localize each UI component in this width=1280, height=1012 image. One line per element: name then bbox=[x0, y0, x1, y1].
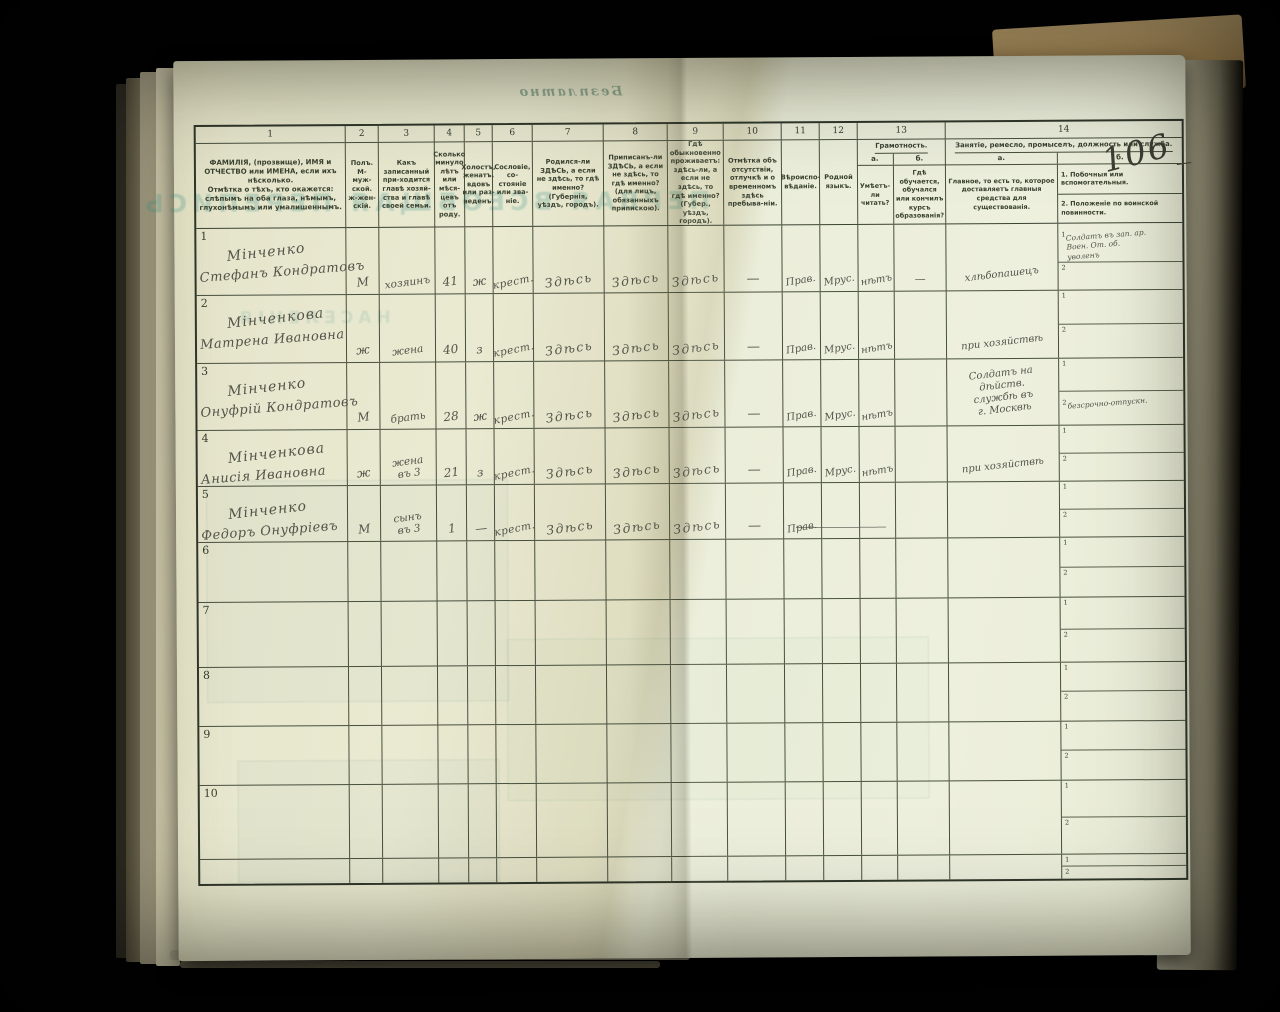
slot-number: 2 bbox=[1064, 752, 1068, 760]
cell-reg bbox=[606, 540, 670, 599]
lives-handwriting: Здѣсь bbox=[671, 269, 721, 290]
edu-handwriting: — bbox=[915, 273, 926, 286]
cell-abs: — bbox=[724, 225, 782, 291]
sex-handwriting: М bbox=[357, 409, 371, 424]
cell-sex bbox=[349, 602, 382, 666]
cell-name: 5МінченкоФедоръ Онуфріевъ bbox=[198, 486, 348, 542]
col-num-13: 13 bbox=[858, 122, 946, 139]
cell-estate: крест. bbox=[494, 362, 534, 428]
cell-born bbox=[536, 665, 607, 723]
slot-number: 1 bbox=[1063, 539, 1067, 547]
cell-relation: жена bbox=[380, 295, 436, 362]
cell-occ_b: 12 bbox=[1062, 780, 1186, 854]
cell-age: 41 bbox=[435, 227, 465, 293]
cell-born: Здѣсь bbox=[533, 226, 604, 292]
cell-religion: Прав. bbox=[782, 225, 820, 291]
marital-handwriting: з bbox=[476, 465, 484, 480]
cell-estate bbox=[496, 601, 536, 665]
cell-lives: Здѣсь bbox=[668, 226, 724, 292]
cell-estate: крест. bbox=[493, 227, 533, 293]
cell-occ_main bbox=[948, 482, 1060, 538]
occupation-side-slot-1: 1 bbox=[1061, 597, 1185, 630]
estate-handwriting: крест. bbox=[493, 519, 536, 539]
occupation-side-slot-1: 1 bbox=[1060, 425, 1184, 453]
cell-relation bbox=[381, 541, 437, 600]
age-handwriting: 40 bbox=[442, 342, 459, 358]
cell-read bbox=[862, 856, 898, 880]
givenname-handwriting: Федоръ Онуфріевъ bbox=[201, 518, 348, 544]
cell-lives bbox=[671, 600, 727, 664]
cell-religion bbox=[785, 723, 823, 781]
occupation-side-slot-2: 2 bbox=[1062, 816, 1186, 853]
cell-lives: Здѣсь bbox=[670, 428, 726, 483]
cell-edu bbox=[895, 359, 947, 425]
cell-born: Здѣсь bbox=[535, 428, 606, 483]
occupation-side-handwriting: Солдатъ въ зап. ар. Воен. От. об. уволен… bbox=[1065, 225, 1183, 262]
cell-occ_b: 12 bbox=[1061, 597, 1185, 662]
cell-born bbox=[537, 857, 608, 881]
cell-marital: — bbox=[467, 485, 495, 540]
cell-read bbox=[862, 782, 898, 855]
census-row-2: 2МінченковаМатрена Ивановнажжена40зкрест… bbox=[197, 290, 1183, 364]
cell-relation: хозяинъ bbox=[379, 228, 435, 294]
cell-sex: М bbox=[346, 228, 379, 294]
occ_main-handwriting: при хозяйствѣ bbox=[962, 456, 1045, 477]
read-handwriting: нѣтъ bbox=[861, 463, 894, 479]
cell-sex: М bbox=[347, 363, 380, 429]
cell-estate bbox=[496, 725, 536, 783]
occupation-side-slot-1: 1 bbox=[1061, 721, 1185, 751]
cell-religion bbox=[785, 664, 823, 722]
col-num-12: 12 bbox=[820, 123, 858, 139]
census-row-4: 4МінченковаАнисія Ивановнажжена въ 321зк… bbox=[198, 425, 1184, 487]
col-num-6: 6 bbox=[493, 125, 533, 141]
row-number: 1 bbox=[200, 230, 207, 243]
cell-marital: з bbox=[466, 294, 494, 361]
cell-marital bbox=[468, 725, 496, 783]
cell-reg: Здѣсь bbox=[605, 361, 669, 427]
cell-marital: ж bbox=[466, 362, 494, 428]
abs-handwriting: — bbox=[747, 272, 760, 287]
occupation-letter-a: а. bbox=[946, 153, 1058, 165]
row-number: 2 bbox=[201, 297, 208, 310]
census-row-3: 3МінченкоОнуфрій КондратовъМбрать28жкрес… bbox=[197, 358, 1183, 431]
occupation-side-handwriting: безсрочно-отпускн. bbox=[1067, 393, 1183, 411]
cell-occ_main bbox=[949, 663, 1061, 722]
cell-age bbox=[438, 666, 468, 724]
occupation-side-slot-1: 1Солдатъ въ зап. ар. Воен. От. об. уволе… bbox=[1058, 229, 1182, 263]
cell-name: 9 bbox=[199, 726, 349, 785]
cell-read: нѣтъ bbox=[859, 292, 895, 359]
abs-handwriting: — bbox=[748, 463, 761, 478]
cell-born bbox=[535, 540, 606, 599]
cell-reg: Здѣсь bbox=[605, 293, 669, 360]
census-form-page: Безплатно ПЕРВАЯ ВСЕОБЩАЯ ПЕРЕПИСЬ НАСЕЛ… bbox=[173, 55, 1190, 961]
cell-lives bbox=[671, 665, 727, 723]
cell-born bbox=[536, 724, 607, 782]
cell-reg: Здѣсь bbox=[606, 428, 670, 483]
language-handwriting: —————————— bbox=[796, 522, 886, 534]
cell-name: 10 bbox=[200, 785, 350, 859]
header-estate: Сословіе, со-стояніе или зва-ніе. bbox=[493, 142, 534, 226]
occupation-side-slot-1: 1 bbox=[1062, 854, 1186, 867]
cell-language bbox=[823, 723, 861, 781]
cell-language: Мрус. bbox=[820, 225, 858, 291]
col-num-11: 11 bbox=[782, 123, 820, 139]
cell-estate bbox=[497, 784, 537, 857]
occupation-side-slot-2: 2 bbox=[1060, 452, 1184, 480]
cell-occ_b: 12 bbox=[1061, 662, 1185, 721]
occupation-side-slot-1: 1 bbox=[1060, 537, 1184, 567]
header-residence: Гдѣ обыкновенно проживаетъ: здѣсь-ли, а … bbox=[668, 141, 725, 225]
header-literacy-group: Грамотность. а. б. Умѣетъ-ли читать? Гдѣ… bbox=[858, 139, 947, 224]
cell-abs: — bbox=[725, 360, 783, 426]
cell-language bbox=[824, 782, 862, 855]
cell-age: 40 bbox=[436, 294, 466, 361]
header-name: ФАМИЛІЯ, (прозвище), ИМЯ и ОТЧЕСТВО или … bbox=[196, 143, 347, 228]
literacy-letter-b: б. bbox=[893, 153, 945, 164]
cell-age: 21 bbox=[437, 429, 467, 484]
cell-occ_b: 12безсрочно-отпускн. bbox=[1059, 358, 1183, 425]
cell-estate: крест. bbox=[495, 429, 535, 484]
cell-read: нѣтъ bbox=[859, 360, 895, 426]
occupation-side-slot-2: 2 bbox=[1060, 566, 1184, 596]
slot-number: 2 bbox=[1063, 568, 1067, 576]
estate-handwriting: крест. bbox=[492, 272, 535, 292]
cell-language bbox=[824, 856, 862, 880]
cell-estate: крест. bbox=[495, 485, 535, 540]
givenname-handwriting: Онуфрій Кондратовъ bbox=[200, 395, 347, 421]
relation-handwriting: сынъ въ 3 bbox=[393, 510, 424, 538]
relation-handwriting: брать bbox=[390, 409, 426, 425]
occupation-side-slot-2: 2 bbox=[1060, 508, 1184, 536]
header-occupation-side-2: 2. Положеніе по воинской повинности. bbox=[1058, 192, 1182, 222]
col-num-10: 10 bbox=[724, 123, 782, 139]
row-number: 6 bbox=[202, 544, 209, 557]
cell-language: Мрус. bbox=[822, 427, 860, 482]
cell-sex: ж bbox=[347, 295, 380, 362]
cell-lives bbox=[670, 540, 726, 599]
cell-language bbox=[823, 599, 861, 663]
photo-stage: Безплатно ПЕРВАЯ ВСЕОБЩАЯ ПЕРЕПИСЬ НАСЕЛ… bbox=[0, 0, 1280, 1012]
slot-number: 1 bbox=[1062, 292, 1066, 300]
cell-abs: — bbox=[726, 483, 784, 538]
cell-edu bbox=[896, 426, 948, 481]
showthrough-stamp: Безплатно bbox=[517, 84, 622, 100]
cell-language: Мрус. bbox=[821, 360, 859, 426]
cell-abs bbox=[727, 664, 785, 722]
cell-marital bbox=[468, 666, 496, 724]
row-number: 4 bbox=[202, 432, 209, 445]
cell-religion bbox=[786, 782, 824, 855]
cell-lives bbox=[672, 783, 728, 856]
cell-lives bbox=[672, 857, 728, 881]
slot-number: 2 bbox=[1062, 325, 1066, 333]
reg-handwriting: Здѣсь bbox=[611, 269, 661, 290]
cell-occ_main bbox=[950, 855, 1062, 880]
cell-occ_b: 12 bbox=[1060, 481, 1184, 537]
census-row-8: 812 bbox=[199, 662, 1185, 727]
read-handwriting: нѣтъ bbox=[860, 272, 893, 288]
cell-born: Здѣсь bbox=[534, 361, 605, 427]
cell-occ_main bbox=[950, 781, 1062, 855]
cell-religion bbox=[785, 599, 823, 663]
cell-marital bbox=[469, 858, 497, 882]
col-num-2: 2 bbox=[346, 126, 379, 142]
lives-handwriting: Здѣсь bbox=[672, 460, 722, 481]
cell-language: —————————— bbox=[822, 483, 860, 538]
cell-reg bbox=[608, 783, 672, 856]
cell-occ_b: 12 bbox=[1060, 425, 1184, 481]
occupation-side-slot-2: 2 bbox=[1061, 691, 1185, 721]
cell-read: нѣтъ bbox=[858, 225, 894, 291]
born-handwriting: Здѣсь bbox=[545, 517, 595, 538]
language-handwriting: Мрус. bbox=[824, 464, 857, 480]
occupation-side-slot-1: 1 bbox=[1062, 780, 1186, 817]
slot-number: 2 bbox=[1064, 693, 1068, 701]
handwritten-dash: — bbox=[1175, 152, 1194, 173]
occupation-side-slot-1: 1 bbox=[1059, 358, 1183, 392]
cell-read bbox=[861, 599, 897, 663]
cell-estate bbox=[497, 858, 537, 882]
cell-abs: — bbox=[726, 427, 784, 482]
cell-reg: Здѣсь bbox=[604, 226, 668, 292]
occupation-side-slot-2: 2 bbox=[1062, 866, 1186, 879]
cell-read bbox=[861, 664, 897, 722]
cell-occ_b: 12 bbox=[1062, 854, 1186, 879]
cell-edu bbox=[896, 538, 948, 597]
cell-language: Мрус. bbox=[821, 292, 859, 359]
cell-estate: крест. bbox=[494, 294, 534, 361]
cell-read bbox=[861, 723, 897, 781]
relation-handwriting: жена въ 3 bbox=[391, 454, 425, 482]
religion-handwriting: Прав. bbox=[786, 408, 817, 424]
estate-handwriting: крест. bbox=[492, 407, 535, 427]
cell-name bbox=[200, 859, 350, 884]
slot-number: 1 bbox=[1064, 723, 1068, 731]
cell-sex bbox=[350, 785, 383, 858]
slot-number: 1 bbox=[1065, 856, 1069, 864]
col-num-7: 7 bbox=[533, 124, 604, 140]
reg-handwriting: Здѣсь bbox=[612, 460, 662, 481]
cell-age bbox=[438, 601, 468, 665]
cell-estate bbox=[496, 666, 536, 724]
cell-sex: ж bbox=[348, 430, 381, 485]
row-number: 7 bbox=[203, 604, 210, 617]
reg-handwriting: Здѣсь bbox=[612, 404, 662, 425]
row-number: 10 bbox=[204, 787, 218, 800]
cell-religion: Прав. bbox=[783, 360, 821, 426]
born-handwriting: Здѣсь bbox=[545, 405, 595, 426]
occupation-side-slot-2: 2 bbox=[1059, 323, 1183, 357]
census-row-10: 1012 bbox=[200, 780, 1186, 860]
cell-marital: ж bbox=[465, 227, 493, 293]
sex-handwriting: ж bbox=[355, 342, 370, 357]
born-handwriting: Здѣсь bbox=[544, 270, 594, 291]
slot-number: 1 bbox=[1063, 427, 1067, 435]
religion-handwriting: Прав. bbox=[786, 341, 817, 357]
cell-age bbox=[439, 858, 469, 882]
census-row-partial: 12 bbox=[200, 854, 1186, 884]
cell-age bbox=[438, 725, 468, 783]
occ_main-handwriting: хлѣбопашецъ bbox=[964, 265, 1039, 285]
cell-edu bbox=[895, 291, 947, 358]
cell-sex bbox=[349, 726, 382, 784]
cell-relation bbox=[382, 601, 438, 665]
abs-handwriting: — bbox=[747, 340, 760, 355]
age-handwriting: 21 bbox=[443, 465, 460, 481]
estate-handwriting: крест. bbox=[492, 340, 535, 360]
cell-occ_b: 12 bbox=[1060, 537, 1184, 597]
header-relation: Какъ записанный при-ходится главѣ хозяй-… bbox=[379, 143, 436, 227]
occupation-side-slot-1: 1 bbox=[1060, 481, 1184, 509]
slot-number: 2 bbox=[1065, 818, 1069, 826]
cell-abs bbox=[728, 782, 786, 855]
cell-occ_main: Солдатъ на дѣйств. службѣ въ г. Москвѣ bbox=[947, 359, 1059, 426]
abs-handwriting: — bbox=[748, 519, 761, 534]
book-page-edge-bottom bbox=[180, 961, 660, 968]
cell-occ_main: при хозяйствѣ bbox=[948, 426, 1060, 482]
relation-handwriting: жена bbox=[391, 343, 424, 359]
cell-marital: з bbox=[467, 429, 495, 484]
cell-born bbox=[537, 783, 608, 856]
cell-name: 2МінченковаМатрена Ивановна bbox=[197, 295, 347, 363]
cell-religion bbox=[786, 856, 824, 880]
cell-marital bbox=[467, 541, 495, 600]
marital-handwriting: — bbox=[474, 521, 487, 536]
cell-language bbox=[822, 539, 860, 598]
givenname-handwriting: Анисія Ивановна bbox=[200, 462, 347, 488]
cell-abs bbox=[726, 539, 784, 598]
cell-occ_main: хлѣбопашецъ bbox=[946, 224, 1058, 291]
cell-occ_b: 1Солдатъ въ зап. ар. Воен. От. об. уволе… bbox=[1058, 223, 1182, 290]
cell-occ_b: 12 bbox=[1059, 290, 1183, 358]
col-num-9: 9 bbox=[668, 124, 724, 140]
cell-lives: Здѣсь bbox=[669, 293, 725, 360]
age-handwriting: 41 bbox=[442, 274, 459, 290]
cell-edu bbox=[898, 855, 950, 879]
header-language: Родной языкъ. bbox=[820, 140, 859, 224]
cell-marital bbox=[468, 601, 496, 665]
slot-number: 2 bbox=[1063, 510, 1067, 518]
census-rows: 1МінченкоСтефанъ КондратовъМхозяинъ41жкр… bbox=[196, 223, 1186, 884]
cell-sex bbox=[349, 667, 382, 725]
slot-number: 2 bbox=[1062, 264, 1066, 272]
occ_main-handwriting: Солдатъ на дѣйств. службѣ въ г. Москвѣ bbox=[945, 362, 1061, 422]
cell-born: Здѣсь bbox=[534, 293, 605, 360]
cell-abs bbox=[727, 723, 785, 781]
slot-number: 1 bbox=[1065, 782, 1069, 790]
cell-occ_main bbox=[948, 538, 1060, 598]
slot-number: 1 bbox=[1063, 483, 1067, 491]
row-number: 5 bbox=[202, 488, 209, 501]
cell-reg bbox=[607, 665, 671, 723]
cell-reg bbox=[607, 724, 671, 782]
cell-occ_main bbox=[949, 598, 1061, 663]
literacy-letter-a: а. bbox=[857, 154, 893, 165]
cell-lives: Здѣсь bbox=[670, 484, 726, 539]
sex-handwriting: М bbox=[357, 521, 371, 536]
cell-edu bbox=[897, 722, 949, 780]
cell-reg: Здѣсь bbox=[606, 484, 670, 539]
language-handwriting: Мрус. bbox=[824, 408, 857, 424]
abs-handwriting: — bbox=[747, 407, 760, 422]
row-number: 8 bbox=[203, 669, 210, 682]
cell-occ_main: при хозяйствѣ bbox=[947, 291, 1059, 359]
slot-number: 1 bbox=[1064, 599, 1068, 607]
cell-religion bbox=[784, 539, 822, 598]
cell-edu bbox=[897, 663, 949, 721]
cell-name: 7 bbox=[199, 602, 349, 667]
cell-edu: — bbox=[894, 224, 946, 290]
slot-number: 2 bbox=[1062, 399, 1066, 407]
born-handwriting: Здѣсь bbox=[544, 338, 594, 359]
cell-estate bbox=[495, 541, 535, 600]
age-handwriting: 28 bbox=[443, 409, 460, 425]
cell-name: 3МінченкоОнуфрій Кондратовъ bbox=[197, 363, 347, 430]
census-row-6: 612 bbox=[198, 537, 1184, 603]
marital-handwriting: з bbox=[475, 342, 483, 357]
occupation-side-slot-1: 1 bbox=[1061, 662, 1185, 692]
literacy-group-title: Грамотность. bbox=[875, 139, 927, 153]
col-num-1: 1 bbox=[196, 126, 346, 143]
cell-occ_b: 12 bbox=[1061, 721, 1185, 780]
marital-handwriting: ж bbox=[472, 409, 487, 424]
cell-religion: Прав. bbox=[784, 427, 822, 482]
cell-abs: — bbox=[725, 292, 783, 359]
cell-lives bbox=[671, 724, 727, 782]
header-marital: Холостъ, женатъ, вдовъ или раз-веденъ. bbox=[465, 142, 494, 226]
cell-born: Здѣсь bbox=[535, 484, 606, 539]
slot-number: 1 bbox=[1062, 360, 1066, 368]
header-row: ФАМИЛІЯ, (прозвище), ИМЯ и ОТЧЕСТВО или … bbox=[196, 138, 1183, 229]
cell-religion: Прав. bbox=[783, 292, 821, 359]
header-occupation-main: Главное, то есть то, которое доставляетъ… bbox=[946, 165, 1058, 224]
cell-name: 1МінченкоСтефанъ Кондратовъ bbox=[196, 228, 346, 295]
cell-relation: жена въ 3 bbox=[381, 429, 437, 484]
header-sex: Полъ. М-муж-ской. ж-жен-скій. bbox=[346, 143, 380, 227]
census-table: 1 2 3 4 5 6 7 8 9 10 11 12 13 14 ФАМИЛІЯ… bbox=[194, 119, 1189, 886]
reg-handwriting: Здѣсь bbox=[613, 516, 663, 537]
sex-handwriting: ж bbox=[356, 465, 371, 480]
born-handwriting: Здѣсь bbox=[545, 461, 595, 482]
cell-age: 1 bbox=[437, 485, 467, 540]
slot-number: 2 bbox=[1063, 454, 1067, 462]
cell-read: нѣтъ bbox=[860, 427, 896, 482]
occ_main-handwriting: при хозяйствѣ bbox=[961, 333, 1044, 354]
givenname-handwriting: Стефанъ Кондратовъ bbox=[199, 260, 346, 286]
religion-handwriting: Прав. bbox=[785, 273, 816, 289]
header-absence: Отмѣтка объ отсутствіи, отлучкѣ и о врем… bbox=[724, 140, 783, 224]
cell-abs bbox=[728, 856, 786, 880]
reg-handwriting: Здѣсь bbox=[612, 337, 662, 358]
cell-relation bbox=[382, 666, 438, 724]
cell-edu bbox=[897, 598, 949, 662]
census-row-7: 712 bbox=[199, 597, 1185, 668]
header-born: Родился-ли ЗДѢСЬ, а если не здѣсь, то гд… bbox=[533, 141, 605, 225]
cell-sex bbox=[348, 542, 381, 601]
cell-occ_main bbox=[949, 722, 1061, 781]
slot-number: 2 bbox=[1065, 868, 1069, 876]
cell-relation: брать bbox=[380, 362, 436, 428]
age-handwriting: 1 bbox=[447, 521, 456, 536]
cell-reg bbox=[607, 600, 671, 664]
cell-read bbox=[860, 539, 896, 598]
lives-handwriting: Здѣсь bbox=[673, 516, 723, 537]
header-registered: Приписанъ-ли ЗДѢСЬ, а если не здѣсь, то … bbox=[604, 141, 669, 225]
cell-relation bbox=[383, 784, 439, 857]
cell-sex: М bbox=[348, 486, 381, 541]
